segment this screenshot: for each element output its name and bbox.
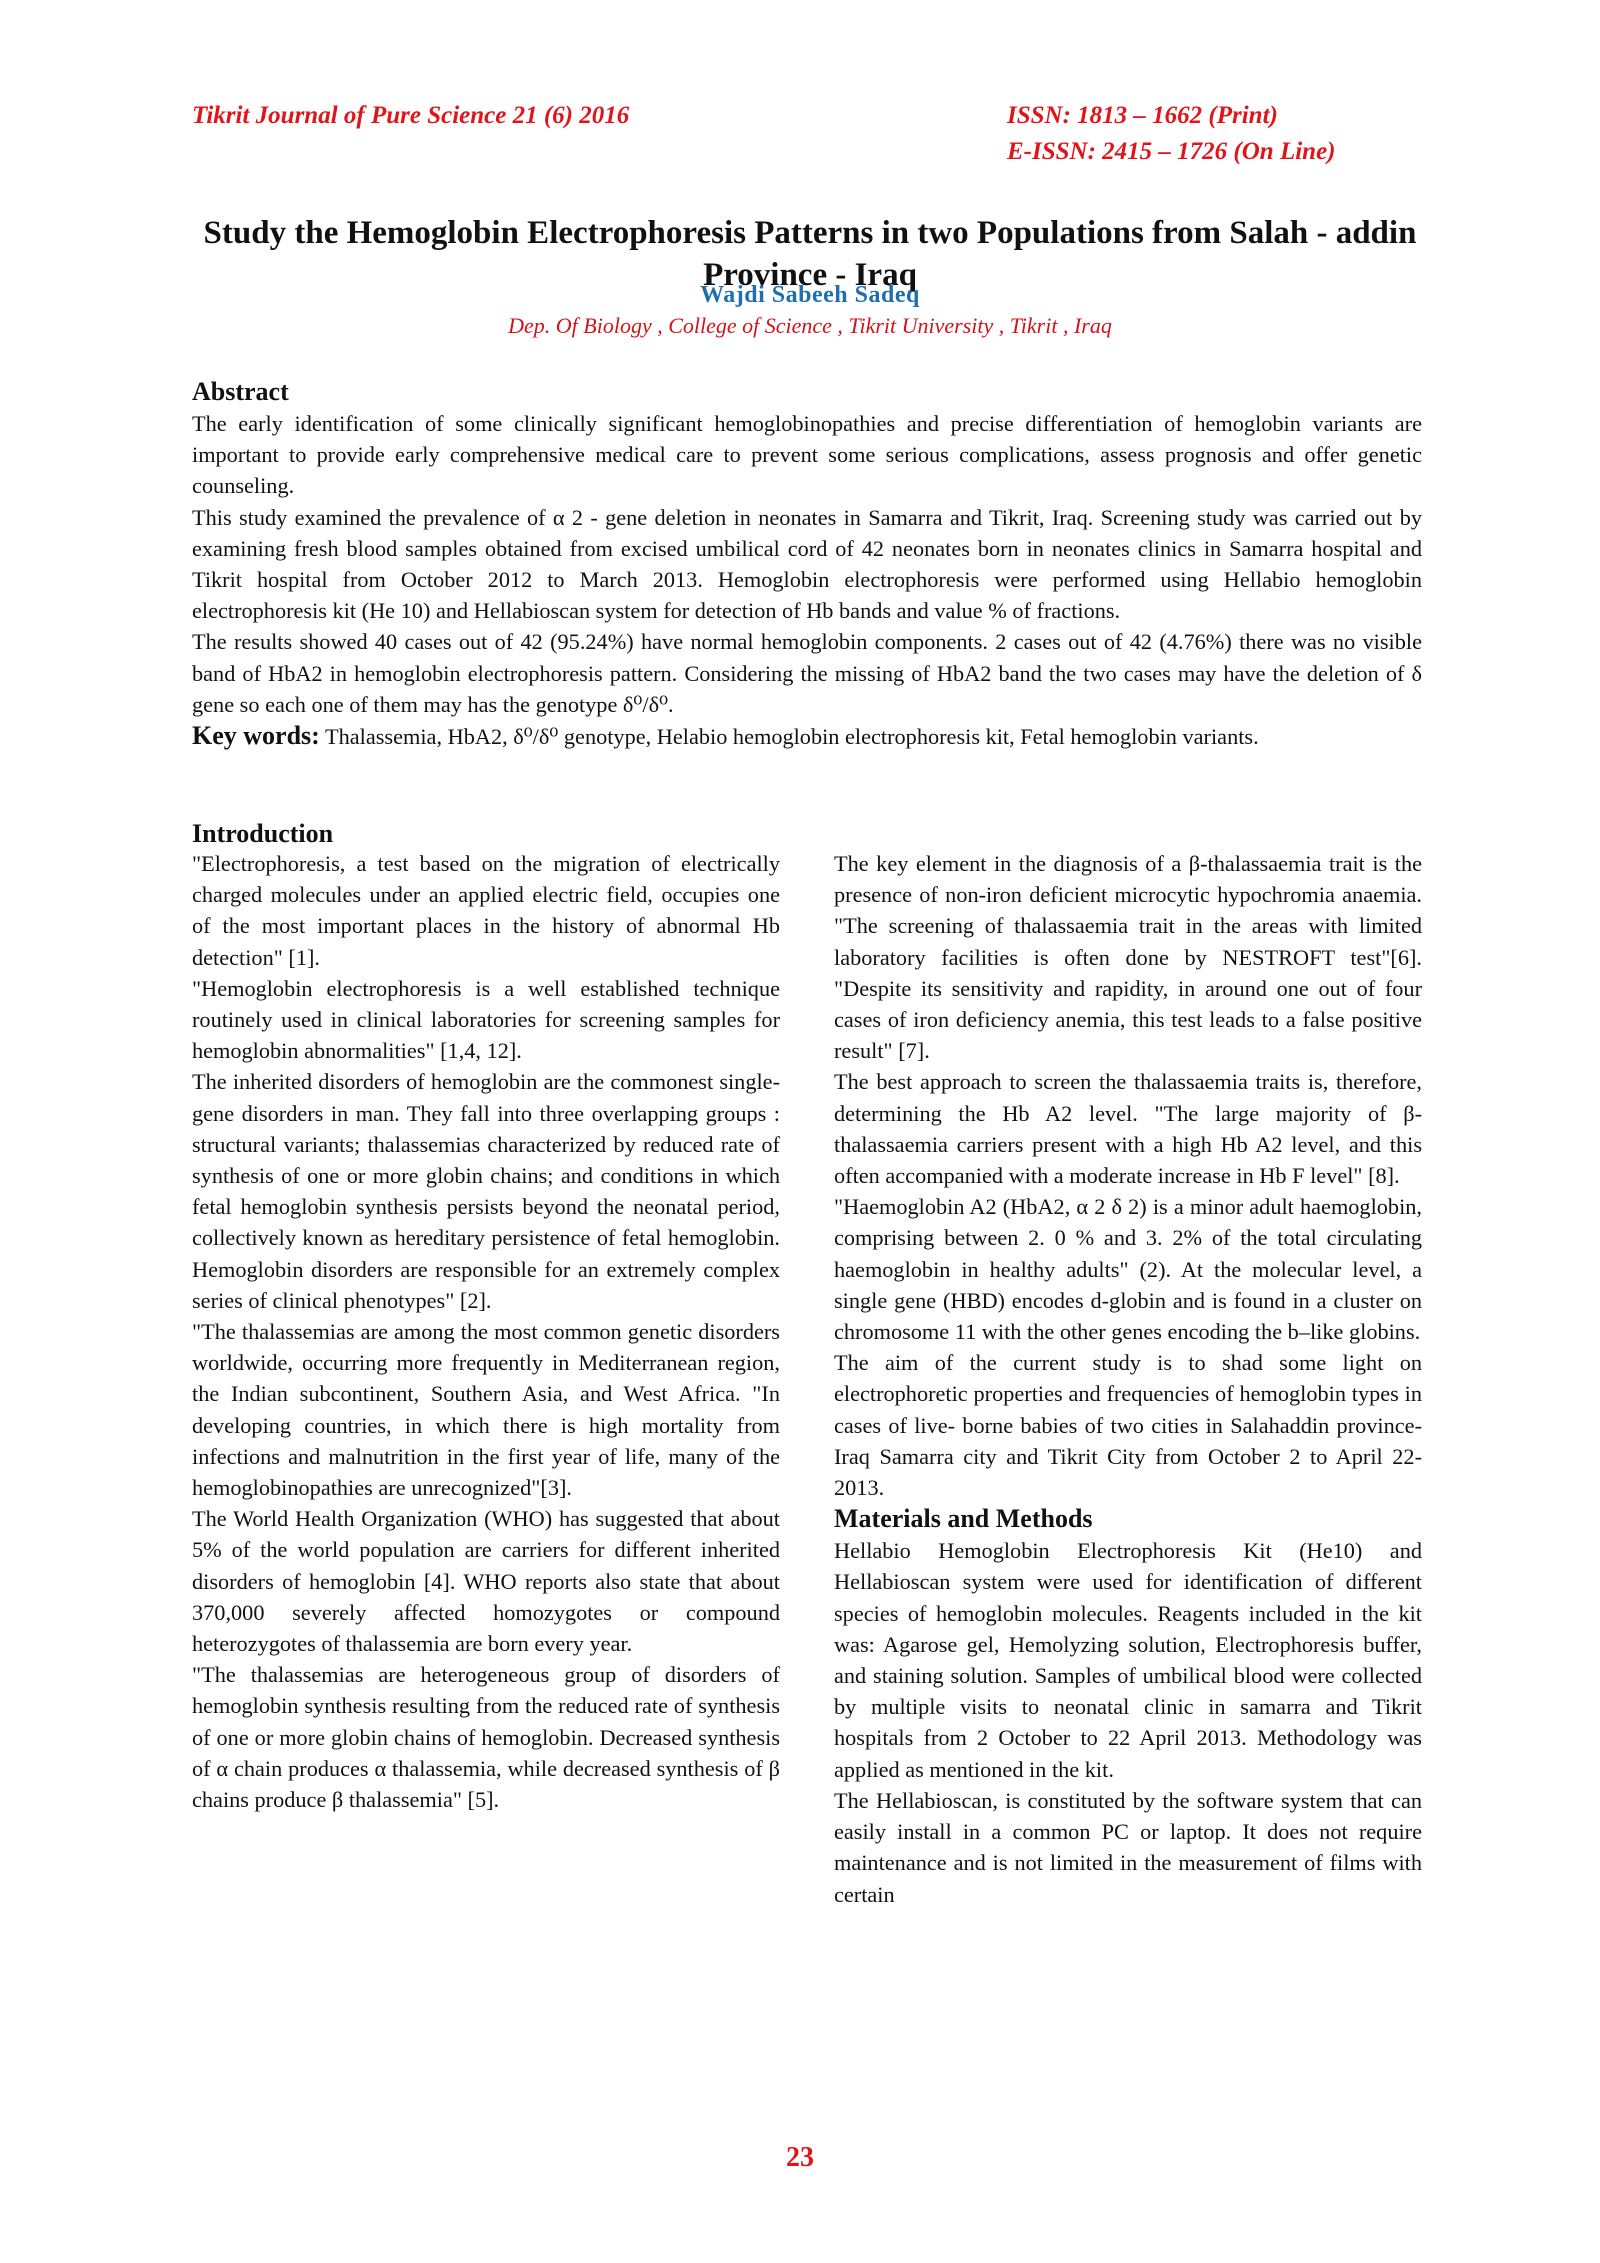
- methods-paragraph: The Hellabioscan, is constituted by the …: [834, 1785, 1422, 1910]
- issn-online: E-ISSN: 2415 – 1726 (On Line): [1007, 136, 1336, 168]
- methods-paragraph: Hellabio Hemoglobin Electrophoresis Kit …: [834, 1535, 1422, 1785]
- materials-methods-heading: Materials and Methods: [834, 1503, 1422, 1535]
- left-column: "Electrophoresis, a test based on the mi…: [192, 848, 780, 1815]
- keywords-text: Thalassemia, HbA2, δ⁰/δ⁰ genotype, Helab…: [320, 724, 1259, 749]
- introduction-heading: Introduction: [192, 818, 333, 850]
- journal-header: Tikrit Journal of Pure Science 21 (6) 20…: [192, 100, 629, 132]
- abstract-paragraph: This study examined the prevalence of α …: [192, 502, 1422, 627]
- intro-paragraph: "The thalassemias are heterogeneous grou…: [192, 1659, 780, 1815]
- author-name: Wajdi Sabeeh Sadeq: [180, 280, 1440, 310]
- right-column: The key element in the diagnosis of a β-…: [834, 848, 1422, 1910]
- abstract-paragraph: The early identification of some clinica…: [192, 408, 1422, 502]
- page-number: 23: [0, 2142, 1600, 2174]
- abstract-section: Abstract The early identification of som…: [192, 376, 1422, 752]
- intro-paragraph: "Haemoglobin A2 (HbA2, α 2 δ 2) is a min…: [834, 1191, 1422, 1347]
- keywords: Key words: Thalassemia, HbA2, δ⁰/δ⁰ geno…: [192, 720, 1422, 752]
- intro-paragraph: The best approach to screen the thalassa…: [834, 1066, 1422, 1191]
- intro-paragraph: The inherited disorders of hemoglobin ar…: [192, 1066, 780, 1316]
- keywords-label: Key words:: [192, 721, 320, 750]
- intro-paragraph: The aim of the current study is to shad …: [834, 1347, 1422, 1503]
- intro-paragraph: "The thalassemias are among the most com…: [192, 1316, 780, 1503]
- author-affiliation: Dep. Of Biology , College of Science , T…: [180, 312, 1440, 340]
- abstract-heading: Abstract: [192, 376, 1422, 408]
- issn-print: ISSN: 1813 – 1662 (Print): [1007, 100, 1278, 132]
- intro-paragraph: "Hemoglobin electrophoresis is a well es…: [192, 973, 780, 1067]
- abstract-paragraph: The results showed 40 cases out of 42 (9…: [192, 626, 1422, 720]
- intro-paragraph: The World Health Organization (WHO) has …: [192, 1503, 780, 1659]
- intro-paragraph: "Electrophoresis, a test based on the mi…: [192, 848, 780, 973]
- intro-paragraph: The key element in the diagnosis of a β-…: [834, 848, 1422, 1066]
